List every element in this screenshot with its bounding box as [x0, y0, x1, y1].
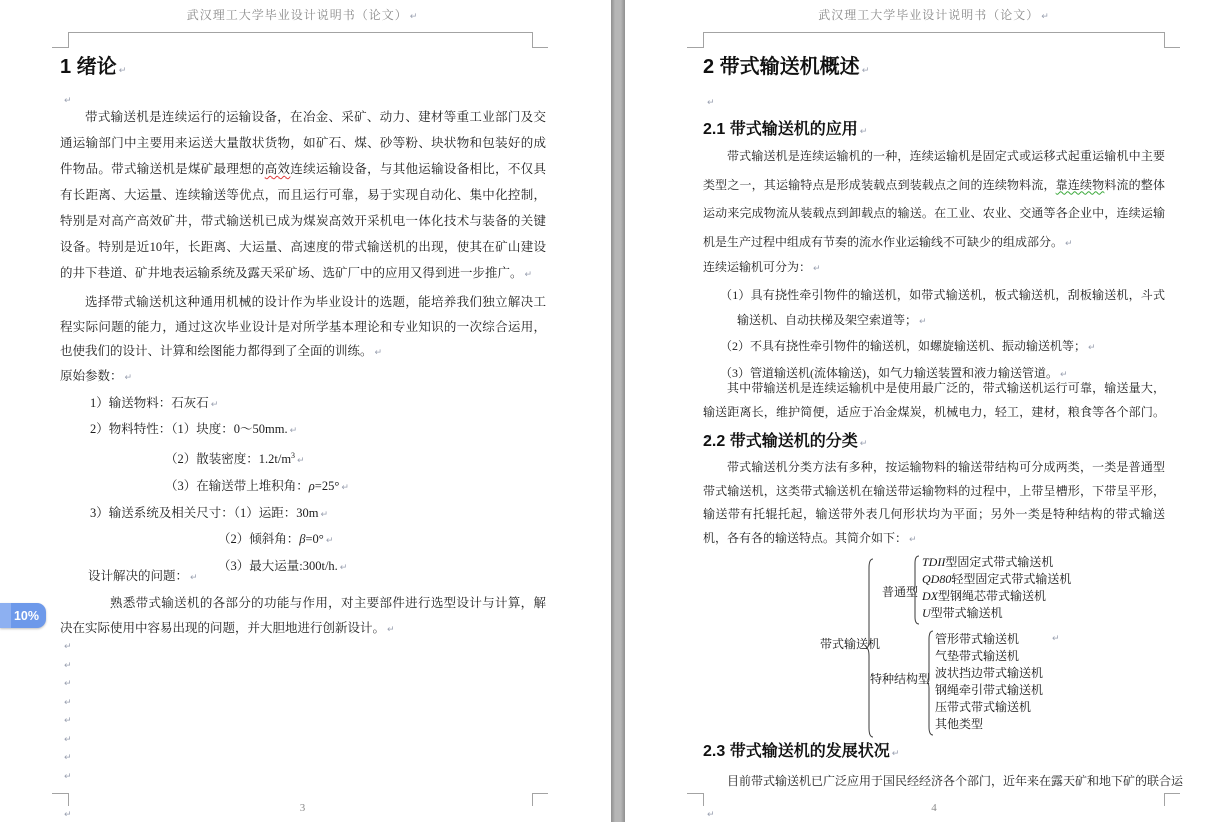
paragraph-mark: ↵: [290, 426, 298, 436]
tree-item-list: TDII型固定式带式输送机 QD80轻型固定式带式输送机 DX型钢绳芯带式输送机…: [922, 554, 1071, 622]
chapter-title: 1 绪论↵: [60, 50, 126, 79]
empty-paragraph: ↵: [705, 92, 715, 110]
page-header: 武汉理工大学毕业设计说明书（论文）↵: [703, 6, 1165, 23]
tree-item: U型带式输送机: [922, 605, 1071, 622]
body-paragraph: 带式输送机分类方法有多种，按运输物料的输送带结构可分成两类，一类是普通型带式输送…: [703, 456, 1165, 552]
chapter-title: 2 带式输送机概述↵: [703, 50, 869, 79]
tree-item: 钢绳牵引带式输送机: [935, 682, 1043, 699]
paragraph-mark: ↵: [387, 625, 395, 635]
paragraph-mark: ↵: [1088, 343, 1096, 353]
paragraph-mark: ↵: [707, 98, 715, 108]
paragraph-mark: ↵: [1041, 12, 1050, 22]
classification-diagram: 带式输送机 普通型 TDII型固定式带式输送机 QD80轻型固定式带式输送机 D…: [625, 554, 1205, 744]
tree-item-text: 型带式输送机: [931, 606, 1003, 620]
paragraph-mark: ↵: [1065, 239, 1073, 249]
list-item: （2）不具有挠性牵引物件的输送机，如螺旋输送机、振动输送机等；↵: [703, 334, 1165, 361]
section-title: 2.2 带式输送机的分类↵: [703, 428, 867, 451]
chapter-title-text: 1 绪论: [60, 56, 117, 78]
paragraph-mark: ↵: [64, 716, 72, 735]
grammar-check-word: 靠连续物: [1056, 178, 1105, 192]
paragraph-mark: ↵: [860, 439, 868, 449]
param-text: =25°: [315, 479, 340, 493]
body-paragraph: 目前带式输送机已广泛应用于国民经经济各个部门，近年来在露天矿和地下矿的联合运: [703, 772, 1165, 789]
page-number: 3: [60, 802, 545, 814]
boundary-jog: [68, 32, 69, 48]
list-item-text: （1）具有挠性牵引物件的输送机，如带式输送机，板式输送机，刮板输送机，斗式输送机…: [720, 288, 1165, 327]
tree-item-text: 轻型固定式带式输送机: [951, 572, 1071, 586]
param-text: =0°: [306, 532, 324, 546]
section-title-text: 2.2 带式输送机的分类: [703, 433, 858, 450]
paragraph-mark: ↵: [320, 510, 328, 520]
boundary-jog: [52, 793, 68, 794]
param-line: 3）输送系统及相关尺寸：（1）运距：30m↵: [60, 501, 546, 528]
paragraph-mark: ↵: [211, 400, 219, 410]
body-paragraph: 熟悉带式输送机的各部分的功能与作用，对主要部件进行选型设计与计算，解决在实际使用…: [60, 591, 546, 642]
paragraph-text: 连续运输机可分为：: [703, 260, 811, 274]
paragraph-mark: ↵: [1052, 634, 1060, 644]
boundary-jog: [1164, 32, 1165, 48]
param-text: 3）输送系统及相关尺寸：（1）运距：30m: [90, 506, 318, 520]
document-page-right[interactable]: 武汉理工大学毕业设计说明书（论文）↵ 2 带式输送机概述↵ ↵ 2.1 带式输送…: [625, 0, 1205, 832]
page-gap: [611, 0, 625, 822]
param-text: （2）散装密度：1.2t/m: [165, 452, 291, 466]
problem-label: 设计解决的问题：↵: [60, 566, 198, 584]
paragraph-mark: ↵: [892, 749, 900, 759]
param-text: （3）最大运量:300t/h.: [218, 559, 338, 573]
boundary-jog: [687, 47, 703, 48]
tree-group-label: 特种结构型: [870, 670, 930, 687]
section-title-text: 2.3 带式输送机的发展状况: [703, 743, 890, 760]
model-code: QD80: [922, 572, 951, 586]
boundary-jog: [1164, 793, 1180, 794]
page-header-text: 武汉理工大学毕业设计说明书（论文）: [187, 8, 408, 22]
param-line: （2）倾斜角：β=0°↵: [60, 527, 546, 554]
param-line: 1）输送物料：石灰石↵: [60, 391, 546, 418]
section-title: 2.3 带式输送机的发展状况↵: [703, 738, 899, 761]
list-item-text: （2）不具有挠性牵引物件的输送机，如螺旋输送机、振动输送机等；: [720, 339, 1086, 353]
paragraph-text: 熟悉带式输送机的各部分的功能与作用，对主要部件进行选型设计与计算，解决在实际使用…: [60, 596, 546, 635]
tree-item: DX型钢绳芯带式输送机: [922, 588, 1071, 605]
param-text: （2）倾斜角：: [218, 532, 299, 546]
tree-item: 气垫带式输送机: [935, 648, 1043, 665]
boundary-jog: [532, 32, 533, 48]
paragraph-mark: ↵: [862, 66, 870, 76]
paragraph-mark: ↵: [813, 264, 821, 274]
chapter-title-text: 2 带式输送机概述: [703, 56, 860, 78]
param-line: 原始参数：↵: [60, 364, 546, 391]
paragraph-text: 连续运输设备，与其他运输设备相比，不仅具有长距离、大运量、连续输送等优点，而且运…: [60, 162, 546, 280]
tree-item: 其他类型: [935, 716, 1043, 733]
paragraph-mark: ↵: [860, 127, 868, 137]
paragraph-mark: ↵: [125, 373, 133, 383]
param-text: 2）物料特性：（1）块度：0～50mm.: [90, 422, 288, 436]
section-title-text: 2.1 带式输送机的应用: [703, 121, 858, 138]
paragraph-mark: ↵: [525, 270, 533, 280]
brace-outer: [865, 558, 875, 738]
param-text: 原始参数：: [60, 369, 123, 383]
body-paragraph: 选择带式输送机这种通用机械的设计作为毕业设计的选题，能培养我们独立解决工程实际问…: [60, 290, 546, 366]
paragraph-mark: ↵: [909, 535, 917, 545]
paragraph-text: 带式输送机分类方法有多种，按运输物料的输送带结构可分成两类，一类是普通型带式输送…: [703, 460, 1165, 545]
tree-item-list: 管形带式输送机 气垫带式输送机 波状挡边带式输送机 钢绳牵引带式输送机 压带式带…: [935, 631, 1043, 733]
numbered-list: （1）具有挠性牵引物件的输送机，如带式输送机，板式输送机，刮板输送机，斗式输送机…: [703, 283, 1165, 387]
paragraph-mark: ↵: [326, 536, 334, 546]
tree-item: QD80轻型固定式带式输送机: [922, 571, 1071, 588]
text-boundary-top: [68, 32, 533, 33]
paragraph-text: 其中带输送机是连续运输机中是使用最广泛的，带式输送机运行可靠，输送量大，输送距离…: [703, 381, 1165, 419]
empty-paragraphs: ↵ ↵ ↵ ↵ ↵ ↵ ↵ ↵: [62, 642, 72, 790]
paragraph-mark: ↵: [297, 456, 305, 466]
paragraph-text: 目前带式输送机已广泛应用于国民经经济各个部门，近年来在露天矿和地下矿的联合运: [727, 774, 1183, 788]
document-page-left[interactable]: 武汉理工大学毕业设计说明书（论文）↵ 1 绪论↵ ↵ 带式输送机是连续运行的运输…: [0, 0, 611, 832]
model-code: DX: [922, 589, 938, 603]
param-line: （2）散装密度：1.2t/m3↵: [60, 444, 546, 474]
tree-item: 管形带式输送机: [935, 631, 1043, 648]
list-lead: 连续运输机可分为：↵: [703, 258, 1165, 275]
param-text: （3）在输送带上堆积角：: [165, 479, 309, 493]
tree-item: TDII型固定式带式输送机: [922, 554, 1071, 571]
paragraph-mark: ↵: [64, 698, 72, 717]
body-paragraph: 带式输送机是连续运行的运输设备，在冶金、采矿、动力、建材等重工业部门及交通运输部…: [60, 104, 546, 288]
tree-item: 波状挡边带式输送机: [935, 665, 1043, 682]
param-text: 1）输送物料：石灰石: [90, 396, 209, 410]
tree-item-text: 型钢绳芯带式输送机: [938, 589, 1046, 603]
boundary-jog: [703, 32, 704, 48]
paragraph-mark: ↵: [919, 317, 927, 327]
tree-item: 压带式带式输送机: [935, 699, 1043, 716]
boundary-jog: [687, 793, 703, 794]
paragraph-mark: ↵: [410, 12, 419, 22]
paragraph-mark: ↵: [64, 642, 72, 661]
progress-badge[interactable]: 10%: [0, 603, 46, 628]
page-header: 武汉理工大学毕业设计说明书（论文）↵: [60, 6, 545, 23]
paragraph-text: 选择带式输送机这种通用机械的设计作为毕业设计的选题，能培养我们独立解决工程实际问…: [60, 295, 546, 358]
page-number: 4: [703, 802, 1165, 814]
section-title: 2.1 带式输送机的应用↵: [703, 116, 867, 139]
boundary-jog: [52, 47, 68, 48]
paragraph-mark: ↵: [64, 679, 72, 698]
paragraph-mark: ↵: [375, 348, 383, 358]
brace-group1: [912, 555, 921, 625]
model-code: TDII: [922, 555, 945, 569]
paragraph-mark: ↵: [64, 772, 72, 791]
param-line: 2）物料特性：（1）块度：0～50mm.↵: [60, 417, 546, 444]
brace-group2: [926, 630, 935, 736]
model-code: U: [922, 606, 931, 620]
paragraph-mark: ↵: [64, 735, 72, 754]
progress-badge-label: 10%: [14, 609, 39, 623]
paragraph-mark: ↵: [119, 66, 127, 76]
boundary-jog: [532, 793, 548, 794]
boundary-jog: [532, 47, 548, 48]
body-paragraph: 带式输送机是连续运输机的一种，连续运输机是固定式或运移式起重运输机中主要类型之一…: [703, 142, 1165, 258]
page-header-text: 武汉理工大学毕业设计说明书（论文）: [818, 8, 1039, 22]
paragraph-mark: ↵: [64, 661, 72, 680]
paragraph-mark: ↵: [64, 753, 72, 772]
paragraph-text: 设计解决的问题：: [88, 569, 188, 583]
text-boundary-top: [703, 32, 1165, 33]
paragraph-mark: ↵: [190, 573, 198, 583]
boundary-jog: [1164, 47, 1180, 48]
paragraph-mark: ↵: [340, 563, 348, 573]
param-line: （3）在输送带上堆积角：ρ=25°↵: [60, 474, 546, 501]
parameters-block: 原始参数：↵ 1）输送物料：石灰石↵ 2）物料特性：（1）块度：0～50mm.↵…: [60, 364, 546, 581]
paragraph-mark: ↵: [341, 483, 349, 493]
spellcheck-word: 高效: [265, 162, 291, 176]
list-item: （1）具有挠性牵引物件的输送机，如带式输送机，板式输送机，刮板输送机，斗式输送机…: [703, 283, 1165, 334]
superscript: 3: [291, 451, 295, 460]
tree-item-text: 型固定式带式输送机: [945, 555, 1053, 569]
document-viewer: { "marks": { "pilcrow": "↵" }, "badge": …: [0, 0, 1205, 832]
